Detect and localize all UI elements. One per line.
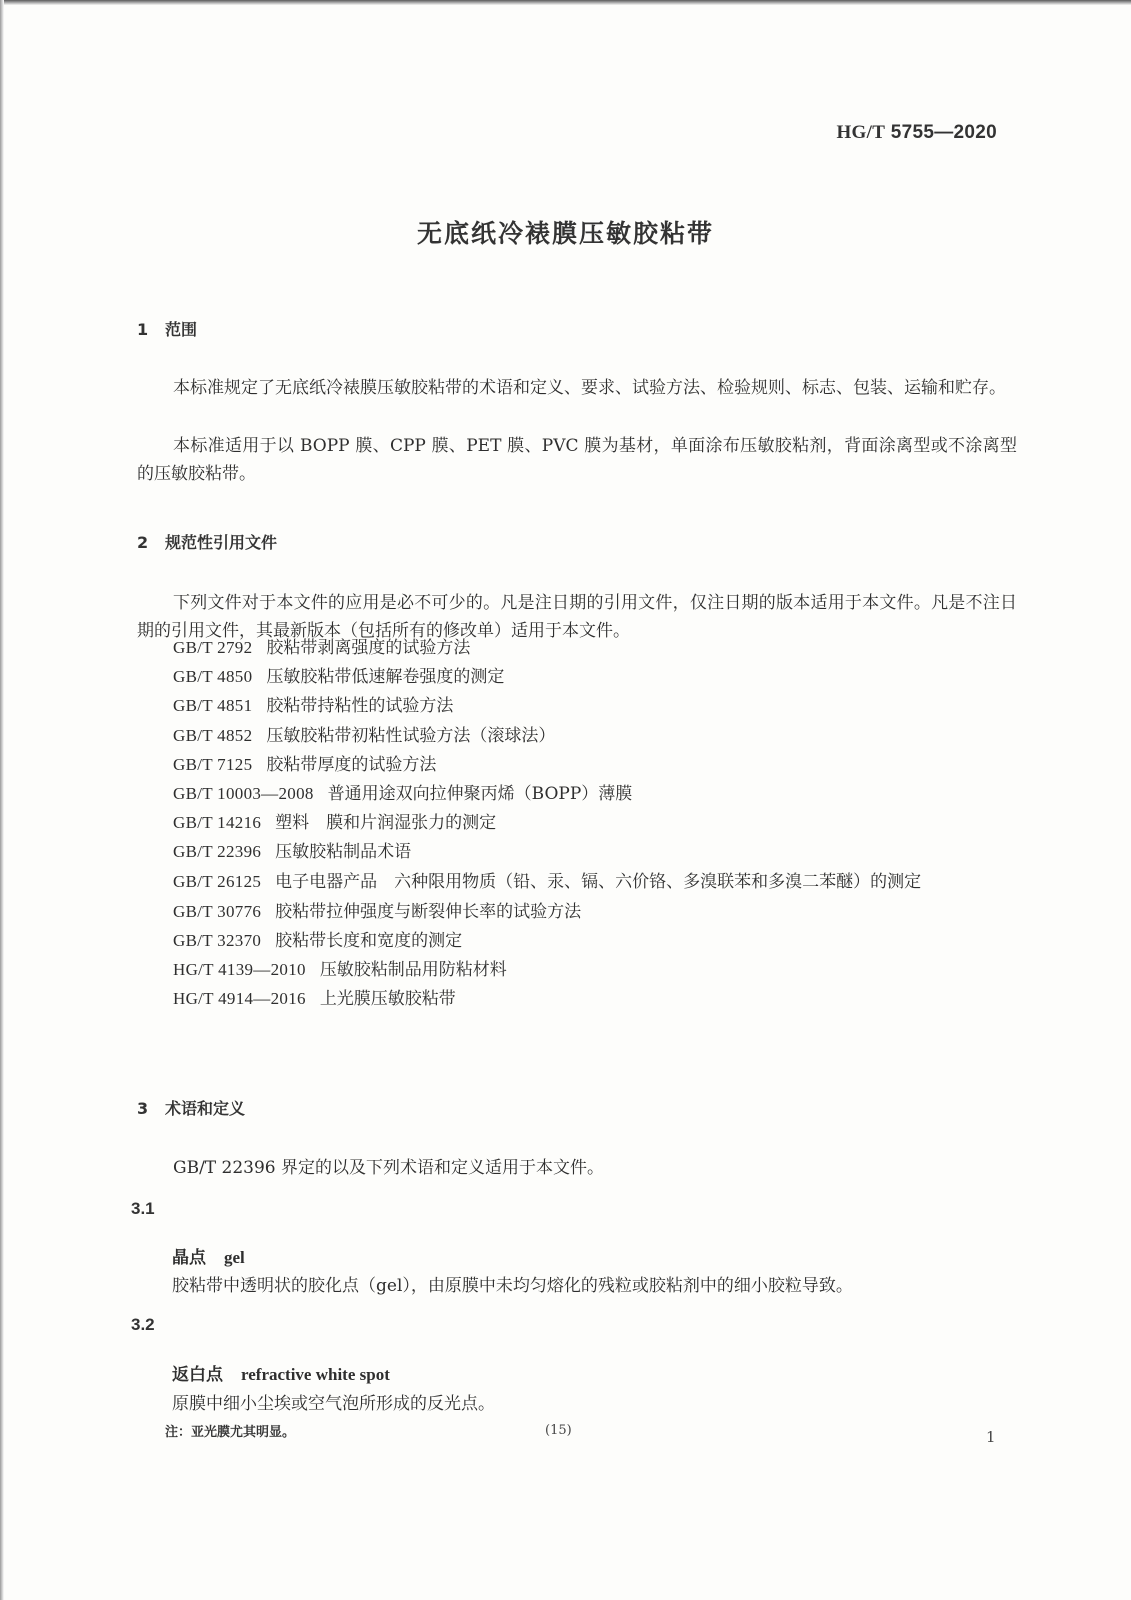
reference-item: HG/T 4914—2016上光膜压敏胶粘带 [173,984,1023,1013]
section-heading-scope: 1范围 [137,317,197,340]
reference-title: 压敏胶粘带低速解卷强度的测定 [266,667,504,687]
section-number: 3 [137,1099,165,1118]
term-number: 3.1 [131,1199,155,1219]
reference-title: 胶粘带剥离强度的试验方法 [266,638,470,658]
standard-code-number: 5755—2020 [885,122,997,143]
reference-code: GB/T 4850 [173,667,252,686]
section-number: 1 [137,320,165,339]
term-note: 注：亚光膜尤其明显。 [165,1421,295,1440]
reference-code: HG/T 4914—2016 [173,989,306,1008]
term-heading: 晶点gel [172,1243,245,1268]
term-en: gel [224,1248,245,1267]
reference-item: GB/T 2792胶粘带剥离强度的试验方法 [173,633,1023,662]
term-definition: 胶粘带中透明状的胶化点（gel），由原膜中未均匀熔化的残粒或胶粘剂中的细小胶粒导… [172,1271,853,1296]
reference-code: GB/T 30776 [173,902,261,921]
reference-code: HG/T 4139—2010 [173,960,306,979]
reference-item: GB/T 4852压敏胶粘带初粘性试验方法（滚球法） [173,721,1023,750]
page-number: 1 [986,1428,996,1446]
reference-title: 电子电器产品 六种限用物质（铅、汞、镉、六价铬、多溴联苯和多溴二苯醚）的测定 [275,872,921,892]
reference-item: GB/T 4850压敏胶粘带低速解卷强度的测定 [173,662,1023,691]
reference-title: 普通用途双向拉伸聚丙烯（BOPP）薄膜 [328,784,633,804]
reference-title: 上光膜压敏胶粘带 [320,989,456,1009]
reference-item: GB/T 14216塑料 膜和片润湿张力的测定 [173,808,1023,837]
standard-code-prefix: HG/T [836,122,885,143]
scan-edge-top [0,0,1131,5]
reference-item: GB/T 26125电子电器产品 六种限用物质（铅、汞、镉、六价铬、多溴联苯和多… [137,867,1023,897]
reference-title: 压敏胶粘制品术语 [275,842,411,862]
standard-code: HG/T 5755—2020 [836,122,997,144]
section-number: 2 [137,533,165,552]
reference-item: GB/T 22396压敏胶粘制品术语 [173,837,1023,866]
reference-code: GB/T 4852 [173,726,252,745]
scope-paragraph-2: 本标准适用于以 BOPP 膜、CPP 膜、PET 膜、PVC 膜为基材，单面涂布… [137,432,1017,488]
reference-item: GB/T 10003—2008普通用途双向拉伸聚丙烯（BOPP）薄膜 [173,779,1023,808]
section-title: 术语和定义 [165,1099,245,1118]
section-heading-terms: 3术语和定义 [137,1096,245,1119]
reference-title: 胶粘带长度和宽度的测定 [275,931,462,951]
document-title: 无底纸冷裱膜压敏胶粘带 [0,214,1131,250]
term-zh: 返白点 [172,1365,223,1385]
term-number: 3.2 [131,1315,155,1335]
reference-title: 压敏胶粘带初粘性试验方法（滚球法） [266,726,555,746]
reference-title: 胶粘带持粘性的试验方法 [266,696,453,716]
section-heading-references: 2规范性引用文件 [137,530,277,553]
terms-intro: GB/T 22396 界定的以及下列术语和定义适用于本文件。 [137,1154,1017,1182]
reference-item: GB/T 32370胶粘带长度和宽度的测定 [173,926,1023,955]
reference-title: 胶粘带拉伸强度与断裂伸长率的试验方法 [275,902,581,922]
reference-item: GB/T 4851胶粘带持粘性的试验方法 [173,691,1023,720]
section-title: 规范性引用文件 [165,533,277,552]
reference-title: 塑料 膜和片润湿张力的测定 [275,813,496,833]
term-heading: 返白点refractive white spot [172,1360,390,1385]
reference-code: GB/T 22396 [173,842,261,861]
reference-item: HG/T 4139—2010压敏胶粘制品用防粘材料 [173,955,1023,984]
scope-paragraph-1: 本标准规定了无底纸冷裱膜压敏胶粘带的术语和定义、要求、试验方法、检验规则、标志、… [137,374,1017,402]
reference-code: GB/T 7125 [173,755,252,774]
reference-code: GB/T 32370 [173,931,261,950]
section-title: 范围 [165,320,197,339]
term-en: refractive white spot [241,1365,390,1384]
reference-code: GB/T 10003—2008 [173,784,314,803]
reference-title: 压敏胶粘制品用防粘材料 [320,960,507,980]
reference-code: GB/T 4851 [173,696,252,715]
reference-code: GB/T 2792 [173,638,252,657]
sequence-page-number: (15) [545,1423,572,1438]
reference-item: GB/T 7125胶粘带厚度的试验方法 [173,750,1023,779]
term-definition: 原膜中细小尘埃或空气泡所形成的反光点。 [172,1389,495,1414]
reference-code: GB/T 14216 [173,813,261,832]
term-zh: 晶点 [172,1248,206,1268]
reference-title: 胶粘带厚度的试验方法 [266,755,436,775]
reference-item: GB/T 30776胶粘带拉伸强度与断裂伸长率的试验方法 [173,897,1023,926]
reference-code: GB/T 26125 [173,872,261,891]
reference-list: GB/T 2792胶粘带剥离强度的试验方法 GB/T 4850压敏胶粘带低速解卷… [173,633,1023,1013]
